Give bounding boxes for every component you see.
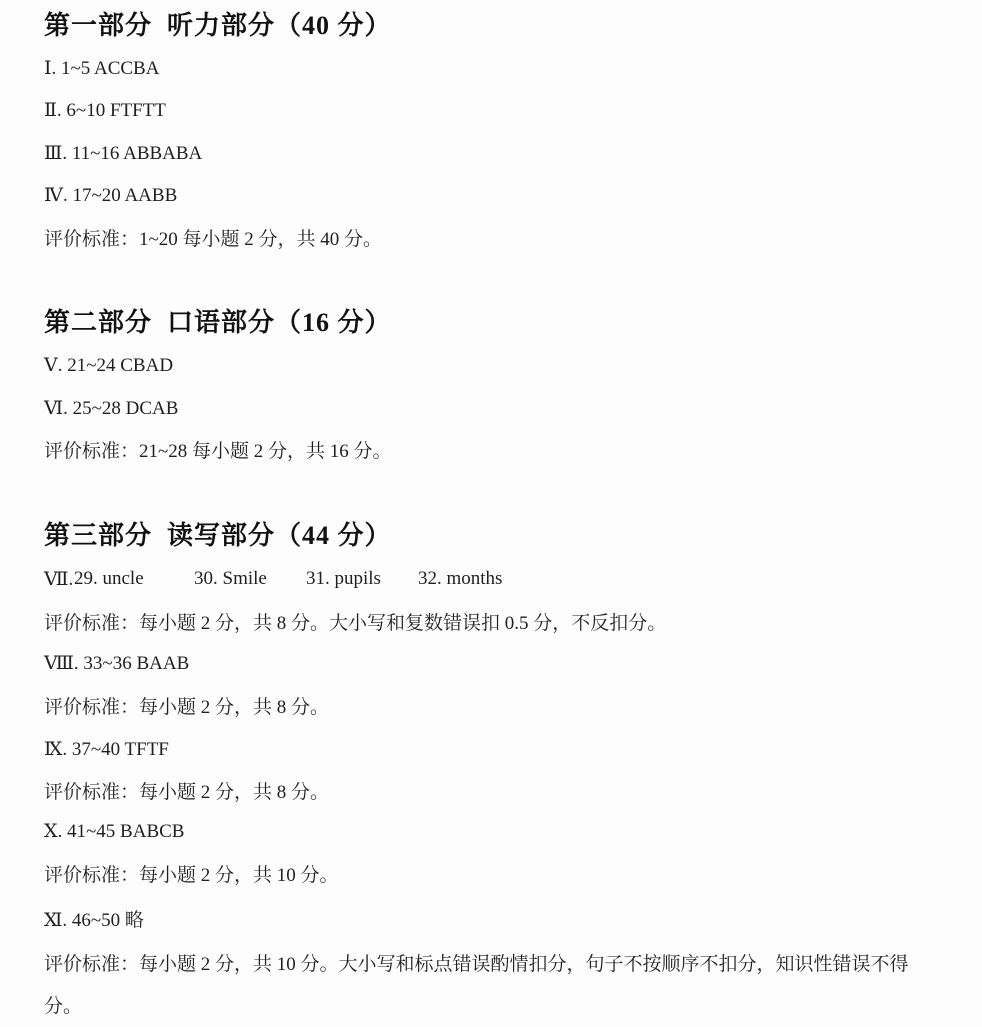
criteria-line-speaking: 评价标准：21~28 每小题 2 分，共 16 分。 — [44, 428, 392, 470]
answer-item-29: 29. uncle — [74, 568, 194, 590]
answer-line-III: Ⅲ. 11~16 ABBABA — [44, 132, 202, 174]
criteria-line-X: 评价标准：每小题 2 分，共 10 分。 — [44, 852, 339, 894]
answer-line-V: Ⅴ. 21~24 CBAD — [44, 344, 173, 386]
answer-line-VII: Ⅶ. 29. uncle 30. Smile 31. pupils 32. mo… — [44, 558, 502, 600]
criteria-line-IX: 评价标准：每小题 2 分，共 8 分。 — [44, 769, 329, 811]
criteria-line-VIII: 评价标准：每小题 2 分，共 8 分。 — [44, 684, 329, 726]
criteria-line-listening: 评价标准：1~20 每小题 2 分，共 40 分。 — [44, 216, 382, 258]
answer-item-31: 31. pupils — [306, 568, 418, 590]
criteria-line-XI-part2: 分。 — [44, 983, 82, 1025]
section-2-heading: 第二部分 口语部分（16 分） — [44, 299, 392, 341]
answer-item-30: 30. Smile — [194, 568, 306, 590]
answer-line-II: Ⅱ. 6~10 FTFTT — [44, 89, 166, 131]
section-1-heading: 第一部分 听力部分（40 分） — [44, 2, 392, 44]
section-3-heading: 第三部分 读写部分（44 分） — [44, 512, 392, 554]
answer-line-XI: Ⅺ. 46~50 略 — [44, 897, 144, 939]
answer-line-VIII: Ⅷ. 33~36 BAAB — [44, 642, 189, 684]
answer-item-32: 32. months — [418, 568, 502, 590]
criteria-line-VII: 评价标准：每小题 2 分，共 8 分。大小写和复数错误扣 0.5 分，不反扣分。 — [44, 600, 666, 642]
answer-line-I: Ⅰ. 1~5 ACCBA — [44, 47, 159, 89]
document-page: 第一部分 听力部分（40 分） Ⅰ. 1~5 ACCBA Ⅱ. 6~10 FTF… — [0, 0, 982, 1027]
criteria-line-XI-part1: 评价标准：每小题 2 分，共 10 分。大小写和标点错误酌情扣分，句子不按顺序不… — [44, 941, 909, 983]
roman-numeral-VII: Ⅶ. — [44, 568, 74, 591]
answer-line-IV: Ⅳ. 17~20 AABB — [44, 174, 177, 216]
answer-line-VI: Ⅵ. 25~28 DCAB — [44, 387, 178, 429]
answer-line-X: Ⅹ. 41~45 BABCB — [44, 810, 184, 852]
answer-line-IX: Ⅸ. 37~40 TFTF — [44, 728, 169, 770]
